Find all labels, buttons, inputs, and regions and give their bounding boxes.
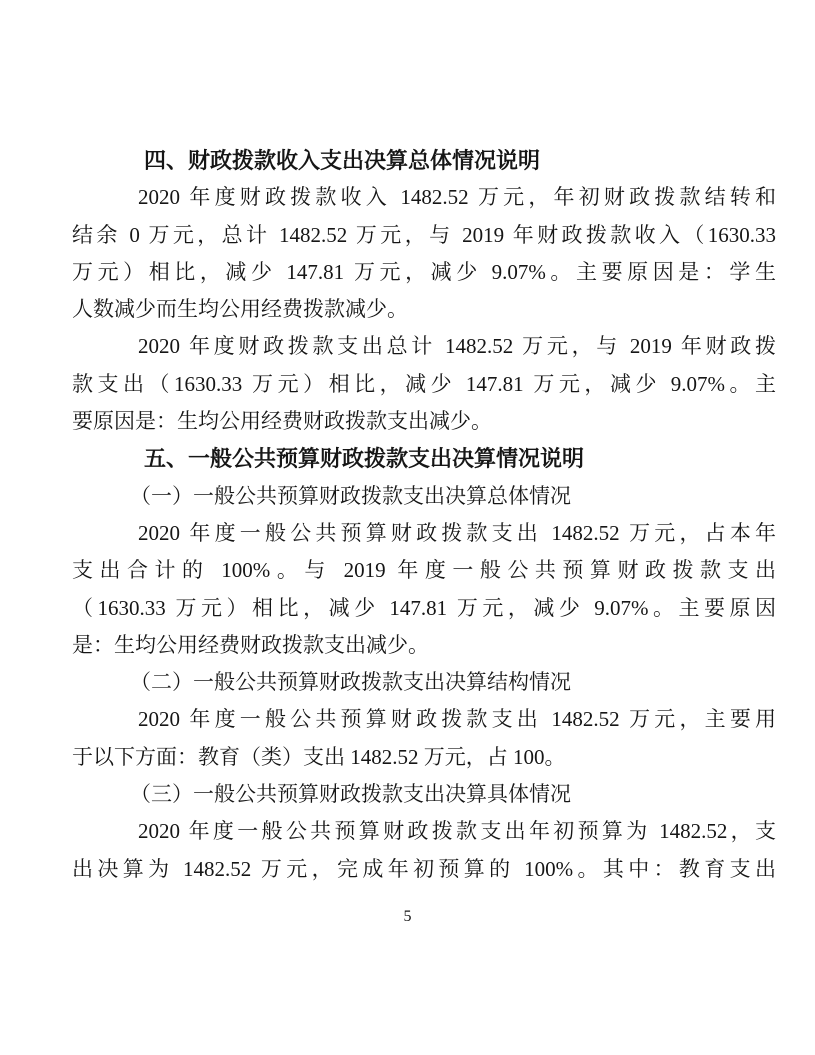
document-body: 四、财政拨款收入支出决算总体情况说明 2020 年度财政拨款收入 1482.52… [72,142,776,888]
paragraph-line: 支出合计的 100%。与 2019 年度一般公共预算财政拨款支出 [72,552,776,589]
subheading-2: （二）一般公共预算财政拨款支出决算结构情况 [72,664,776,701]
paragraph-line: 2020 年度一般公共预算财政拨款支出 1482.52 万元，主要用 [72,701,776,738]
subheading-3: （三）一般公共预算财政拨款支出决算具体情况 [72,776,776,813]
paragraph-line: 于以下方面：教育（类）支出 1482.52 万元，占 100。 [72,739,776,776]
paragraph-line: 2020 年度财政拨款支出总计 1482.52 万元，与 2019 年财政拨 [72,328,776,365]
paragraph-line: 是：生均公用经费财政拨款支出减少。 [72,627,776,664]
paragraph-line: 款支出（1630.33 万元）相比，减少 147.81 万元，减少 9.07%。… [72,366,776,403]
paragraph-line: （1630.33 万元）相比，减少 147.81 万元，减少 9.07%。主要原… [72,590,776,627]
paragraph-line: 2020 年度一般公共预算财政拨款支出年初预算为 1482.52，支 [72,813,776,850]
paragraph-line: 要原因是：生均公用经费财政拨款支出减少。 [72,403,776,440]
paragraph-line: 万元）相比，减少 147.81 万元，减少 9.07%。主要原因是：学生 [72,254,776,291]
heading-section-5: 五、一般公共预算财政拨款支出决算情况说明 [72,440,776,477]
paragraph-line: 2020 年度财政拨款收入 1482.52 万元，年初财政拨款结转和 [72,179,776,216]
subheading-1: （一）一般公共预算财政拨款支出决算总体情况 [72,478,776,515]
document-page: 四、财政拨款收入支出决算总体情况说明 2020 年度财政拨款收入 1482.52… [0,0,815,1055]
paragraph-line: 人数减少而生均公用经费拨款减少。 [72,291,776,328]
heading-section-4: 四、财政拨款收入支出决算总体情况说明 [72,142,776,179]
paragraph-line: 结余 0 万元，总计 1482.52 万元，与 2019 年财政拨款收入（163… [72,217,776,254]
page-number: 5 [0,906,815,928]
paragraph-line: 出决算为 1482.52 万元，完成年初预算的 100%。其中：教育支出 [72,851,776,888]
paragraph-line: 2020 年度一般公共预算财政拨款支出 1482.52 万元，占本年 [72,515,776,552]
